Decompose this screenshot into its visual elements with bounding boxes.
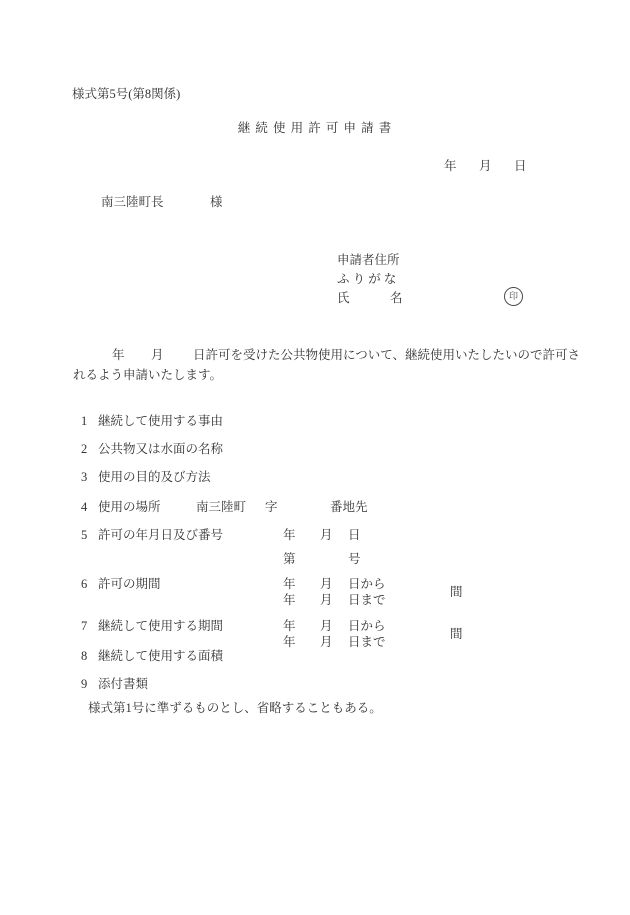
body-month-label: 月: [151, 347, 164, 363]
body-year-label: 年: [112, 347, 125, 363]
item-label-purpose: 使用の目的及び方法: [98, 469, 211, 485]
date-month-label: 月: [479, 158, 492, 174]
date-year-label: 年: [444, 158, 457, 174]
item-number: 1: [81, 413, 93, 429]
item-number: 8: [81, 648, 93, 664]
period-year-to: 年: [283, 592, 296, 608]
item-label-object-name: 公共物又は水面の名称: [98, 441, 223, 457]
permit-year-label: 年: [283, 527, 296, 543]
period-year-from: 年: [283, 576, 296, 592]
item-number: 2: [81, 441, 93, 457]
cont-period-duration-label: 間: [450, 626, 463, 642]
item-label-permit-period: 許可の期間: [98, 576, 161, 592]
seal-mark-icon: 印: [504, 287, 523, 306]
location-town-label: 南三陸町: [196, 499, 246, 515]
period-month-from: 月: [320, 576, 333, 592]
item-number: 9: [81, 676, 93, 692]
item-label-location: 使用の場所: [98, 499, 161, 515]
date-day-label: 日: [514, 158, 527, 174]
period-day-from: 日から: [348, 576, 386, 592]
item-label-area: 継続して使用する面積: [98, 648, 223, 664]
cont-period-year-to: 年: [283, 634, 296, 650]
period-month-to: 月: [320, 592, 333, 608]
body-text-line1: 日許可を受けた公共物使用について、継続使用いたしたいので許可さ: [193, 347, 580, 363]
cont-period-month-to: 月: [320, 634, 333, 650]
permit-number-suffix: 号: [348, 551, 361, 567]
attachments-note: 様式第1号に準ずるものとし、省略することもある。: [88, 700, 382, 716]
location-aza-label: 字: [265, 499, 278, 515]
permit-number-prefix: 第: [283, 551, 296, 567]
item-label-reason: 継続して使用する事由: [98, 413, 223, 429]
item-label-attachments: 添付書類: [98, 676, 148, 692]
item-number: 7: [81, 618, 93, 634]
item-label-permit-date-number: 許可の年月日及び番号: [98, 527, 223, 543]
permit-month-label: 月: [320, 527, 333, 543]
permit-day-label: 日: [348, 527, 361, 543]
applicant-name-label-first: 氏: [337, 290, 350, 306]
addressee-honorific: 様: [210, 194, 223, 210]
item-number: 3: [81, 469, 93, 485]
applicant-name-label-last: 名: [390, 290, 403, 306]
cont-period-day-to: 日まで: [348, 634, 386, 650]
location-banchi-label: 番地先: [330, 499, 368, 515]
period-duration-label: 間: [450, 584, 463, 600]
cont-period-day-from: 日から: [348, 618, 386, 634]
applicant-address-label: 申請者住所: [337, 252, 400, 268]
document-page: 様式第5号(第8関係) 継 続 使 用 許 可 申 請 書 年 月 日 南三陸町…: [0, 0, 630, 915]
form-number: 様式第5号(第8関係): [72, 86, 180, 102]
applicant-furigana-label: ふ り が な: [337, 271, 396, 287]
item-number: 6: [81, 576, 93, 592]
item-number: 4: [81, 499, 93, 515]
page-title: 継 続 使 用 許 可 申 請 書: [0, 120, 630, 136]
period-day-to: 日まで: [348, 592, 386, 608]
cont-period-month-from: 月: [320, 618, 333, 634]
addressee-name: 南三陸町長: [101, 194, 164, 210]
cont-period-year-from: 年: [283, 618, 296, 634]
item-label-continuation-period: 継続して使用する期間: [98, 618, 223, 634]
body-text-line2: れるよう申請いたします。: [73, 367, 222, 383]
item-number: 5: [81, 527, 93, 543]
